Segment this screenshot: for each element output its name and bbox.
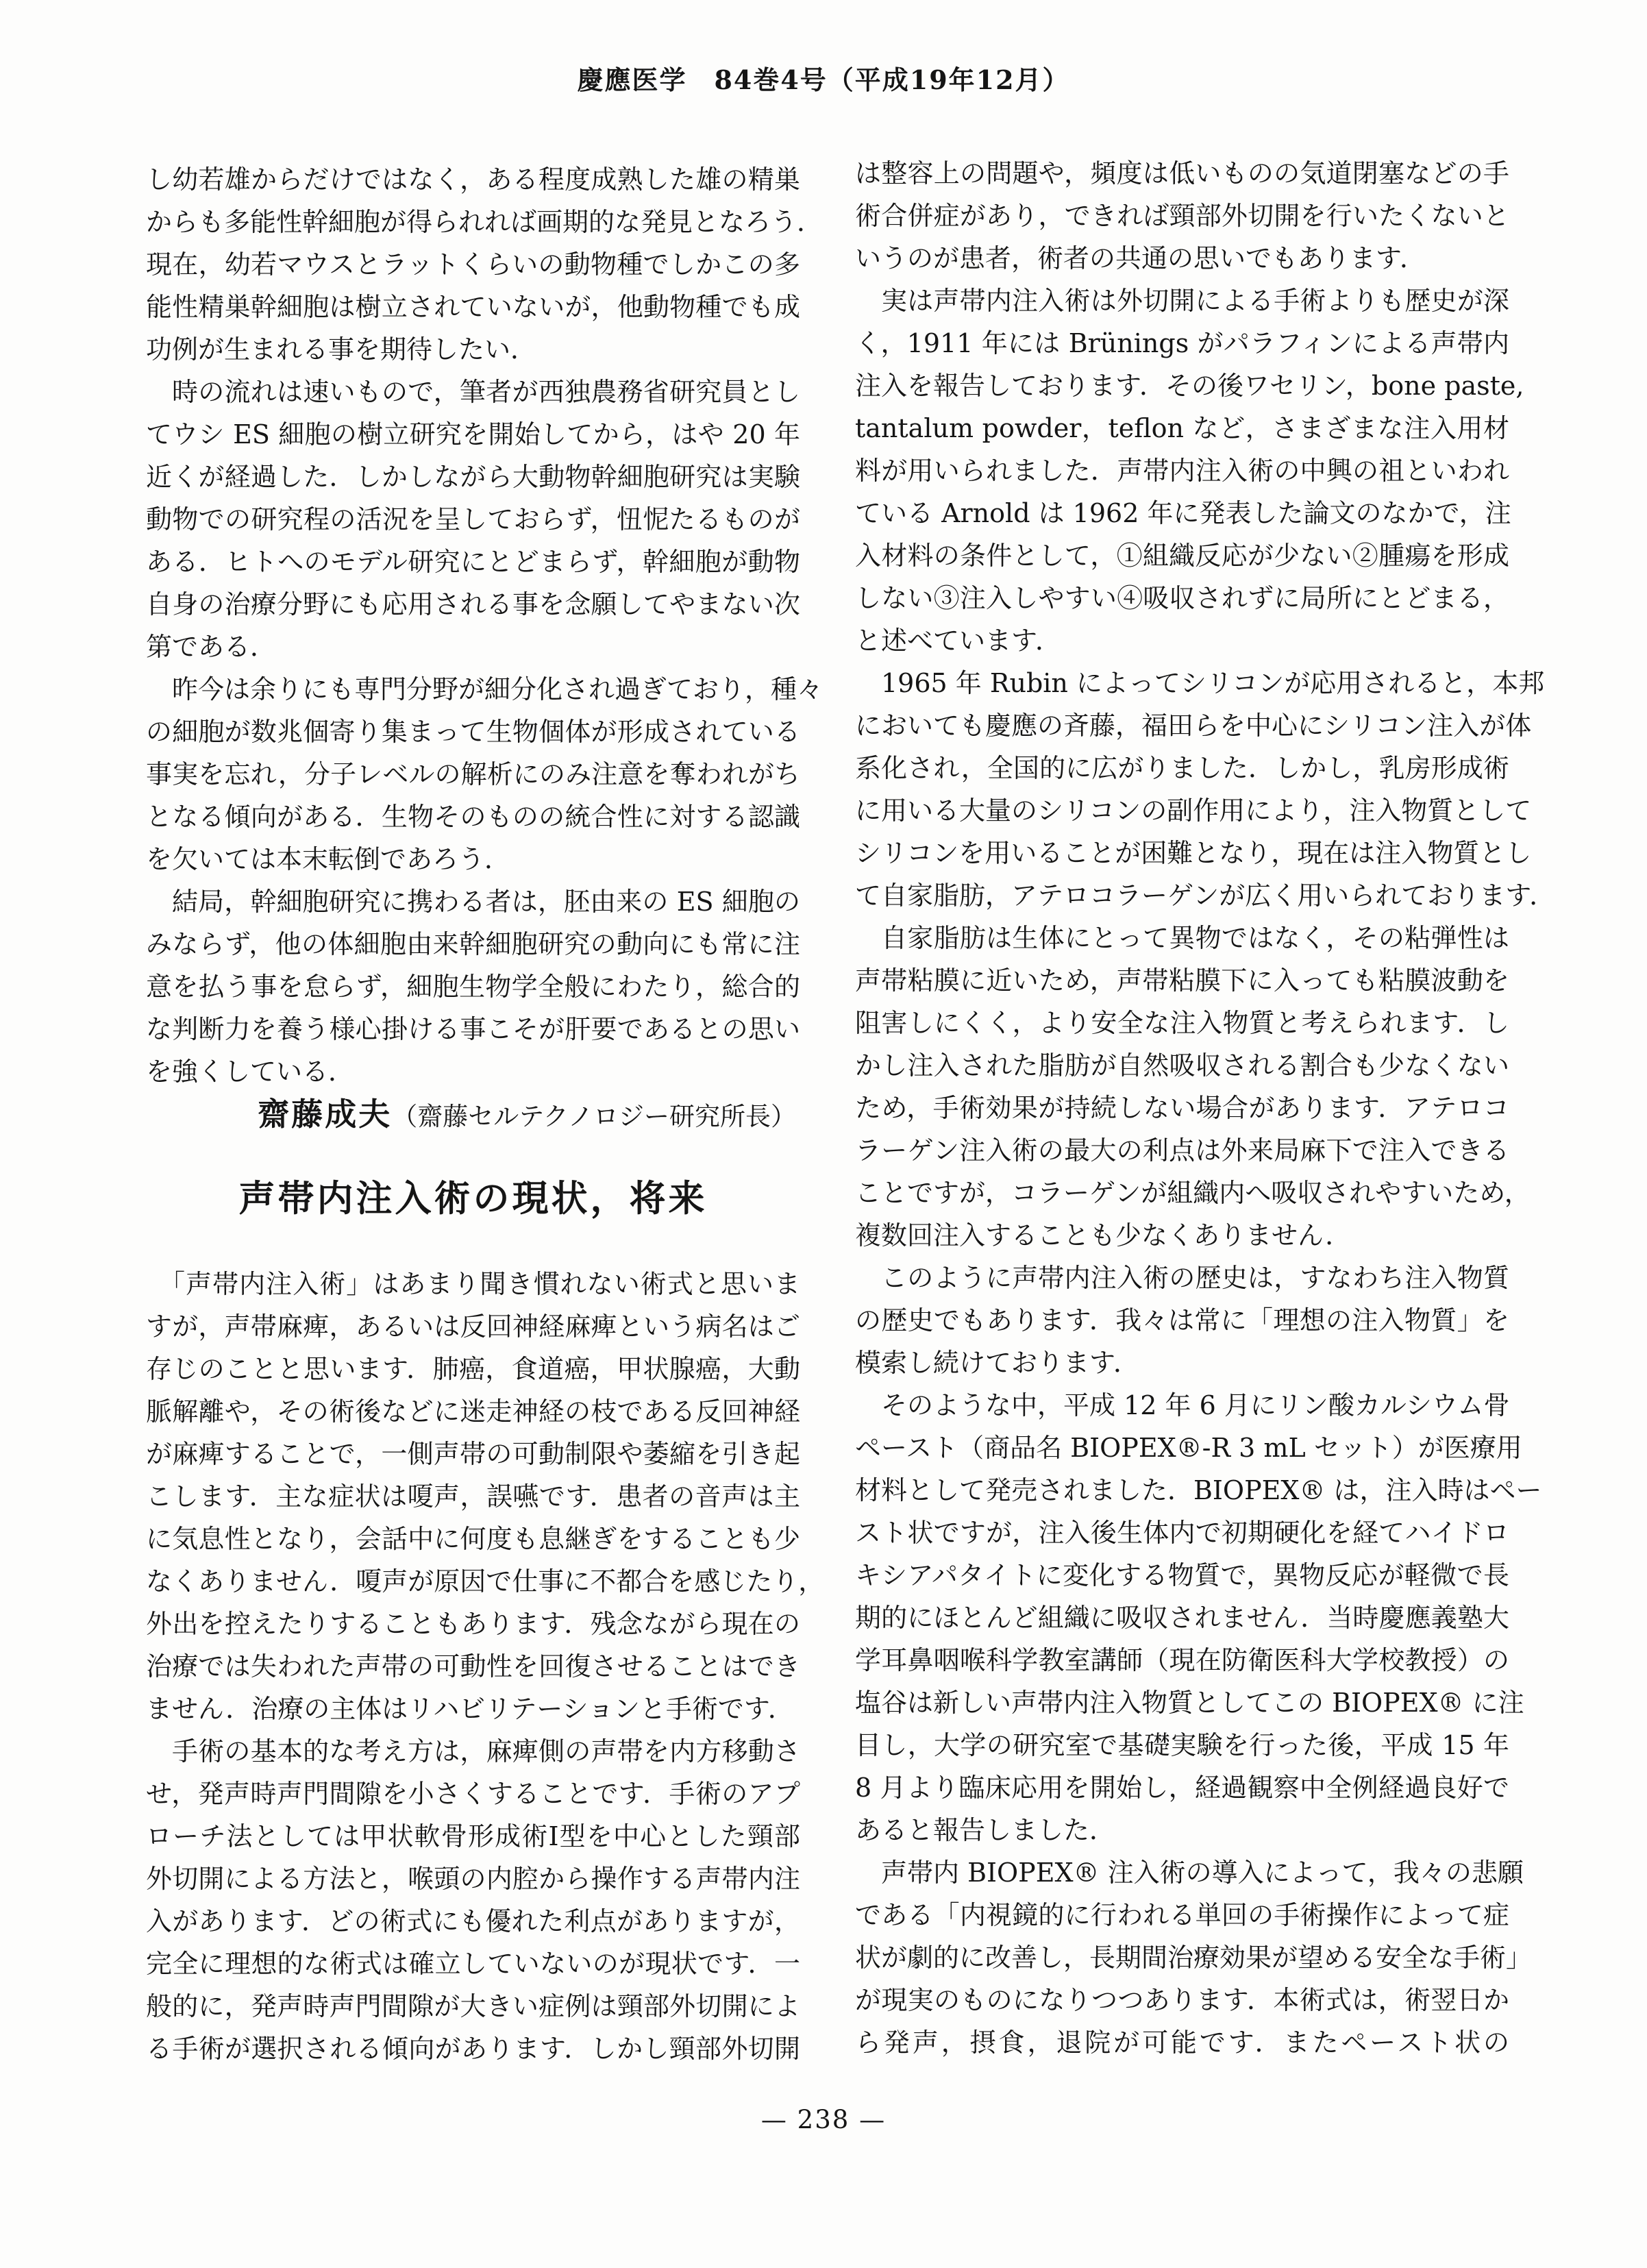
text-line: となる傾向がある．生物そのものの統合性に対する認識 — [146, 796, 800, 838]
text-line: せ，発声時声門間隙を小さくすることです．手術のアプ — [146, 1773, 800, 1815]
text-line: すが，声帯麻痺，あるいは反回神経麻痺という病名はご — [146, 1305, 800, 1348]
text-line: 外出を控えたりすることもあります．残念ながら現在の — [146, 1603, 800, 1645]
text-line: そのような中，平成 12 年 6 月にリン酸カルシウム骨 — [855, 1384, 1509, 1427]
text-line: 実は声帯内注入術は外切開による手術よりも歴史が深 — [855, 280, 1509, 322]
text-line: 注入を報告しております．その後ワセリン，bone paste, — [855, 365, 1509, 407]
text-line: 存じのことと思います．肺癌，食道癌，甲状腺癌，大動 — [146, 1348, 800, 1390]
text-line: からも多能性幹細胞が得られれば画期的な発見となろう． — [146, 201, 800, 243]
text-line: いうのが患者，術者の共通の思いでもあります． — [855, 237, 1509, 280]
text-line: 術合併症があり，できれば頸部外切開を行いたくないと — [855, 195, 1509, 237]
text-line: ペースト（商品名 BIOPEX®-R 3 mL セット）が医療用 — [855, 1427, 1509, 1469]
text-line: 声帯粘膜に近いため，声帯粘膜下に入っても粘膜波動を — [855, 959, 1509, 1002]
text-line: 結局，幹細胞研究に携わる者は，胚由来の ES 細胞の — [146, 880, 800, 923]
text-line: を強くしている． — [146, 1050, 800, 1093]
text-line: の細胞が数兆個寄り集まって生物個体が形成されている — [146, 711, 800, 753]
text-line: 系化され，全国的に広がりました．しかし，乳房形成術 — [855, 747, 1509, 789]
text-line: の歴史でもあります．我々は常に「理想の注入物質」を — [855, 1299, 1509, 1342]
text-line: 塩谷は新しい声帯内注入物質としてこの BIOPEX® に注 — [855, 1681, 1509, 1724]
text-line: ら発声，摂食，退院が可能です．またペースト状の — [855, 2021, 1509, 2064]
left-column: し幼若雄からだけではなく，ある程度成熟した雄の精巣からも多能性幹細胞が得られれば… — [146, 158, 800, 2070]
text-line: る手術が選択される傾向があります．しかし頸部外切開 — [146, 2027, 800, 2070]
left-column-part1: し幼若雄からだけではなく，ある程度成熟した雄の精巣からも多能性幹細胞が得られれば… — [146, 158, 800, 1093]
text-line: かし注入された脂肪が自然吸収される割合も少なくない — [855, 1044, 1509, 1087]
text-line: このように声帯内注入術の歴史は，すなわち注入物質 — [855, 1257, 1509, 1299]
text-line: 料が用いられました．声帯内注入術の中興の祖といわれ — [855, 449, 1509, 492]
text-line: こします．主な症状は嗄声，誤嚥です．患者の音声は主 — [146, 1475, 800, 1518]
author-signature: 齋藤成夫（齋藤セルテクノロジー研究所長） — [146, 1093, 800, 1135]
text-line: 「声帯内注入術」はあまり聞き慣れない術式と思いま — [146, 1263, 800, 1305]
text-line: 状が劇的に改善し，長期間治療効果が望める安全な手術」 — [855, 1936, 1509, 1979]
text-line: 昨今は余りにも専門分野が細分化され過ぎており，種々 — [146, 668, 800, 711]
text-line: 現在，幼若マウスとラットくらいの動物種でしかこの多 — [146, 243, 800, 286]
text-line: 声帯内 BIOPEX® 注入術の導入によって，我々の悲願 — [855, 1851, 1509, 1894]
text-line: 治療では失われた声帯の可動性を回復させることはでき — [146, 1645, 800, 1688]
text-line: な判断力を養う様心掛ける事こそが肝要であるとの思い — [146, 1008, 800, 1050]
text-line: 8 月より臨床応用を開始し，経過観察中全例経過良好で — [855, 1766, 1509, 1809]
journal-page: 慶應医学 84巻4号（平成19年12月） し幼若雄からだけではなく，ある程度成熟… — [0, 0, 1647, 2268]
text-line: 阻害しにくく，より安全な注入物質と考えられます．し — [855, 1002, 1509, 1044]
text-line: 意を払う事を怠らず，細胞生物学全般にわたり，総合的 — [146, 965, 800, 1008]
text-line: 近くが経過した．しかしながら大動物幹細胞研究は実験 — [146, 456, 800, 498]
text-line: しない③注入しやすい④吸収されずに局所にとどまる， — [855, 577, 1509, 619]
text-line: 般的に，発声時声門間隙が大きい症例は頸部外切開によ — [146, 1985, 800, 2027]
text-line: 複数回注入することも少なくありません． — [855, 1214, 1509, 1257]
text-line: 自身の治療分野にも応用される事を念願してやまない次 — [146, 583, 800, 626]
text-line: ラーゲン注入術の最大の利点は外来局麻下で注入できる — [855, 1129, 1509, 1172]
text-line: ません．治療の主体はリハビリテーションと手術です． — [146, 1688, 800, 1730]
text-line: 期的にほとんど組織に吸収されません．当時慶應義塾大 — [855, 1597, 1509, 1639]
text-line: ため，手術効果が持続しない場合があります．アテロコ — [855, 1087, 1509, 1129]
text-line: みならず，他の体細胞由来幹細胞研究の動向にも常に注 — [146, 923, 800, 965]
text-line: tantalum powder，teflon など，さまざまな注入用材 — [855, 407, 1509, 449]
left-column-part2: 「声帯内注入術」はあまり聞き慣れない術式と思いますが，声帯麻痺，あるいは反回神経… — [146, 1263, 800, 2070]
text-line: が現実のものになりつつあります．本術式は，術翌日か — [855, 1979, 1509, 2021]
text-line: を欠いては本末転倒であろう． — [146, 838, 800, 880]
text-line: と述べています． — [855, 619, 1509, 662]
journal-header: 慶應医学 84巻4号（平成19年12月） — [0, 59, 1647, 97]
section-heading: 声帯内注入術の現状，将来 — [146, 1174, 800, 1223]
text-line: て自家脂肪，アテロコラーゲンが広く用いられております． — [855, 874, 1509, 917]
text-line: キシアパタイトに変化する物質で，異物反応が軽微で長 — [855, 1554, 1509, 1597]
text-line: は整容上の問題や，頻度は低いものの気道閉塞などの手 — [855, 152, 1509, 195]
text-line: 目し，大学の研究室で基礎実験を行った後，平成 15 年 — [855, 1724, 1509, 1766]
text-line: 材料として発売されました．BIOPEX® は，注入時はペー — [855, 1469, 1509, 1512]
text-line: に気息性となり，会話中に何度も息継ぎをすることも少 — [146, 1518, 800, 1560]
text-line: し幼若雄からだけではなく，ある程度成熟した雄の精巣 — [146, 158, 800, 201]
text-line: ている Arnold は 1962 年に発表した論文のなかで，注 — [855, 492, 1509, 534]
text-line: である「内視鏡的に行われる単回の手術操作によって症 — [855, 1894, 1509, 1936]
text-line: 学耳鼻咽喉科学教室講師（現在防衛医科大学校教授）の — [855, 1639, 1509, 1681]
text-line: ことですが，コラーゲンが組織内へ吸収されやすいため， — [855, 1172, 1509, 1214]
text-line: 脈解離や，その術後などに迷走神経の枝である反回神経 — [146, 1390, 800, 1433]
text-line: 完全に理想的な術式は確立していないのが現状です．一 — [146, 1943, 800, 1985]
text-line: 第である． — [146, 626, 800, 668]
text-line: 外切開による方法と，喉頭の内腔から操作する声帯内注 — [146, 1858, 800, 1900]
text-line: が麻痺することで，一側声帯の可動制限や萎縮を引き起 — [146, 1433, 800, 1475]
text-line: ローチ法としては甲状軟骨形成術Ⅰ型を中心とした頸部 — [146, 1815, 800, 1858]
text-line: 自家脂肪は生体にとって異物ではなく，その粘弾性は — [855, 917, 1509, 959]
text-line: 1965 年 Rubin によってシリコンが応用されると，本邦 — [855, 662, 1509, 704]
page-number: — 238 — — [0, 2105, 1647, 2134]
text-line: 入があります．どの術式にも優れた利点がありますが， — [146, 1900, 800, 1943]
text-line: においても慶應の斉藤，福田らを中心にシリコン注入が体 — [855, 704, 1509, 747]
text-line: に用いる大量のシリコンの副作用により，注入物質として — [855, 789, 1509, 832]
text-line: スト状ですが，注入後生体内で初期硬化を経てハイドロ — [855, 1512, 1509, 1554]
text-line: 事実を忘れ，分子レベルの解析にのみ注意を奪われがち — [146, 753, 800, 796]
author-affiliation: （齋藤セルテクノロジー研究所長） — [392, 1102, 796, 1131]
text-line: 功例が生まれる事を期待したい． — [146, 328, 800, 371]
text-line: く，1911 年には Brünings がパラフィンによる声帯内 — [855, 322, 1509, 365]
text-line: 動物での研究程の活況を呈しておらず，忸怩たるものが — [146, 498, 800, 541]
text-line: 手術の基本的な考え方は，麻痺側の声帯を内方移動さ — [146, 1730, 800, 1773]
text-line: 時の流れは速いもので，筆者が西独農務省研究員とし — [146, 371, 800, 413]
text-line: あると報告しました． — [855, 1809, 1509, 1851]
text-line: てウシ ES 細胞の樹立研究を開始してから，はや 20 年 — [146, 413, 800, 456]
text-line: なくありません．嗄声が原因で仕事に不都合を感じたり， — [146, 1560, 800, 1603]
text-line: 能性精巣幹細胞は樹立されていないが，他動物種でも成 — [146, 286, 800, 328]
right-column-body: は整容上の問題や，頻度は低いものの気道閉塞などの手術合併症があり，できれば頸部外… — [855, 152, 1509, 2064]
text-line: ある．ヒトへのモデル研究にとどまらず，幹細胞が動物 — [146, 541, 800, 583]
text-line: シリコンを用いることが困難となり，現在は注入物質とし — [855, 832, 1509, 874]
text-line: 入材料の条件として，①組織反応が少ない②腫瘍を形成 — [855, 534, 1509, 577]
right-column: は整容上の問題や，頻度は低いものの気道閉塞などの手術合併症があり，できれば頸部外… — [855, 152, 1509, 2064]
author-name: 齋藤成夫 — [258, 1096, 392, 1133]
text-line: 模索し続けております． — [855, 1342, 1509, 1384]
